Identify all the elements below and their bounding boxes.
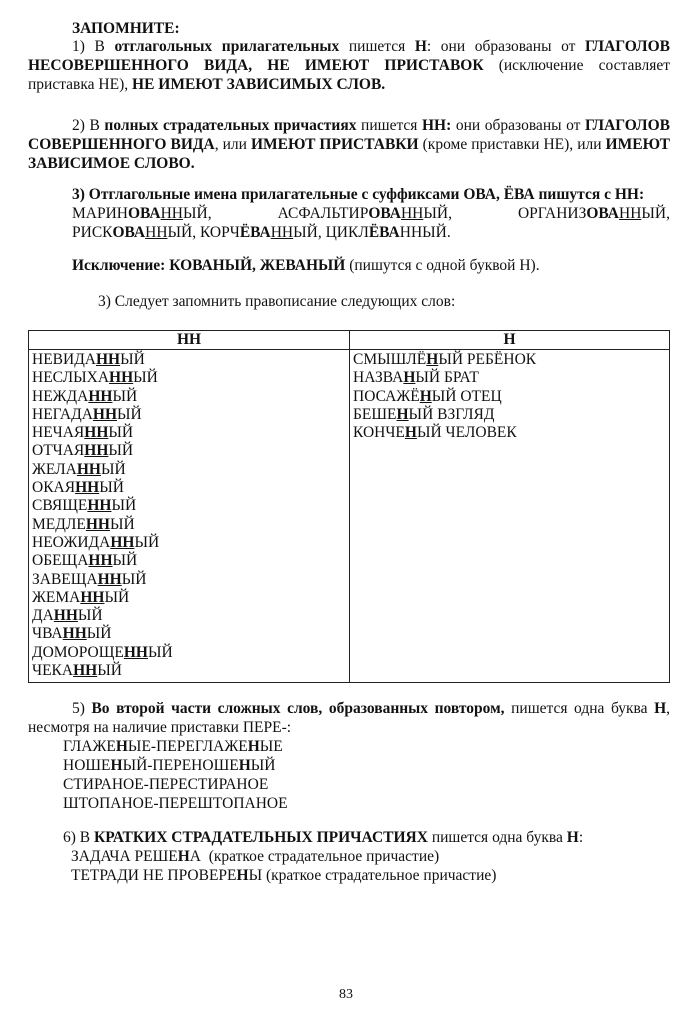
rule-2-term: полных страдательных причастиях <box>104 117 356 134</box>
rule-6-example: ТЕТРАДИ НЕ ПРОВЕРЕНЫ (краткое страдатель… <box>63 866 670 885</box>
rule-1-number: 1) В <box>72 38 114 55</box>
n-word: ПОСАЖЁНЫЙ ОТЕЦ <box>353 388 665 406</box>
rule-6-letter: Н <box>567 829 579 846</box>
nn-word: СВЯЩЕННЫЙ <box>32 497 345 515</box>
rule-6-example: ЗАДАЧА РЕШЕНА (краткое страдательное при… <box>63 847 670 866</box>
column-header-n: Н <box>350 331 670 350</box>
nn-word: ДАННЫЙ <box>32 607 345 625</box>
nn-word: ЖЕМАННЫЙ <box>32 589 345 607</box>
rule-5-examples: ГЛАЖЕНЫЕ-ПЕРЕГЛАЖЕНЫЕ НОШЕНЫЙ-ПЕРЕНОШЕНЫ… <box>28 737 670 813</box>
rule-6-statement: 6) В КРАТКИХ СТРАДАТЕЛЬНЫХ ПРИЧАСТИЯХ пи… <box>63 828 670 847</box>
rule-5-example: ГЛАЖЕНЫЕ-ПЕРЕГЛАЖЕНЫЕ <box>63 737 670 756</box>
rule-2-text: они образованы от <box>451 117 585 134</box>
rule-3-word: ОРГАНИЗОВАННЫЙ, <box>518 205 670 222</box>
page-heading: ЗАПОМНИТЕ: <box>72 19 692 38</box>
rule-3-heading: 3) Отглагольные имена прилагательные с с… <box>28 185 670 204</box>
page-number: 83 <box>0 985 692 1004</box>
spelling-table: НН Н НЕВИДАННЫЙ НЕСЛЫХАННЫЙ НЕЖДАННЫЙ НЕ… <box>28 330 670 683</box>
rule-6-text: пишется одна буква <box>428 829 567 846</box>
rule-5-text: пишется одна буква <box>505 700 655 717</box>
exception-text: (пишутся с одной буквой Н). <box>345 257 539 274</box>
rule-3-word: ЦИКЛЁВАННЫЙ. <box>326 224 451 241</box>
n-word: БЕШЕНЫЙ ВЗГЛЯД <box>353 406 665 424</box>
rule-1-condition: НЕ ИМЕЮТ ЗАВИСИМЫХ СЛОВ. <box>132 76 385 93</box>
rule-3-word: РИСКОВАННЫЙ, <box>72 224 200 241</box>
rule-3-word: КОРЧЁВАННЫЙ, <box>200 224 326 241</box>
nn-word: ЖЕЛАННЫЙ <box>32 461 345 479</box>
nn-word: ЗАВЕЩАННЫЙ <box>32 571 345 589</box>
nn-word: НЕСЛЫХАННЫЙ <box>32 369 345 387</box>
n-words-cell: СМЫШЛЁНЫЙ РЕБЁНОК НАЗВАНЫЙ БРАТ ПОСАЖЁНЫ… <box>350 350 670 683</box>
rule-3-word: АСФАЛЬТИРОВАННЫЙ, <box>278 205 518 222</box>
rule-2-paragraph: 2) В полных страдательных причастиях пиш… <box>28 116 670 173</box>
nn-word: НЕВИДАННЫЙ <box>32 351 345 369</box>
rule-2-text: , или <box>215 136 251 153</box>
nn-word: НЕЖДАННЫЙ <box>32 388 345 406</box>
column-header-nn: НН <box>29 331 350 350</box>
rule-1-text: : они образованы от <box>427 38 585 55</box>
rule-5-statement: 5) Во второй части сложных слов, образов… <box>28 699 670 737</box>
rule-5-example: ШТОПАНОЕ-ПЕРЕШТОПАНОЕ <box>63 794 670 813</box>
nn-word: НЕГАДАННЫЙ <box>32 406 345 424</box>
nn-word: ЧЕКАННЫЙ <box>32 662 345 680</box>
nn-words-cell: НЕВИДАННЫЙ НЕСЛЫХАННЫЙ НЕЖДАННЫЙ НЕГАДАН… <box>29 350 350 683</box>
rule-1-letter: Н <box>415 38 427 55</box>
rule-6-term: КРАТКИХ СТРАДАТЕЛЬНЫХ ПРИЧАСТИЯХ <box>94 829 428 846</box>
nn-word: ОКАЯННЫЙ <box>32 479 345 497</box>
rule-5-number: 5) <box>72 700 91 717</box>
nn-word: МЕДЛЕННЫЙ <box>32 516 345 534</box>
nn-word: ОБЕЩАННЫЙ <box>32 552 345 570</box>
rule-5-letter: Н <box>654 700 666 717</box>
rule-5-term: Во второй части сложных слов, образованн… <box>91 700 504 717</box>
n-word: КОНЧЕНЫЙ ЧЕЛОВЕК <box>353 424 665 442</box>
rule-2-text: (кроме приставки НЕ), или <box>419 136 606 153</box>
rule-3-word: МАРИНОВАННЫЙ, <box>72 205 278 222</box>
rule-3-word-list: МАРИНОВАННЫЙ, АСФАЛЬТИРОВАННЫЙ, ОРГАНИЗО… <box>28 204 670 242</box>
rule-6-paragraph: 6) В КРАТКИХ СТРАДАТЕЛЬНЫХ ПРИЧАСТИЯХ пи… <box>63 828 670 885</box>
rule-6-number: 6) В <box>63 829 94 846</box>
exception-label: Исключение: <box>72 257 169 274</box>
document-page: ЗАПОМНИТЕ: 1) В отглагольных прилагатель… <box>0 0 692 1024</box>
nn-word: ОТЧАЯННЫЙ <box>32 442 345 460</box>
nn-word: ЧВАННЫЙ <box>32 625 345 643</box>
rule-3b-heading: 3) Следует запомнить правописание следую… <box>98 292 692 311</box>
nn-word: НЕЧАЯННЫЙ <box>32 424 345 442</box>
rule-2-letter: НН: <box>422 117 451 134</box>
rule-1-term: отглагольных прилагательных <box>114 38 339 55</box>
rule-1-text: пишется <box>339 38 415 55</box>
n-word: СМЫШЛЁНЫЙ РЕБЁНОК <box>353 351 665 369</box>
rule-2-condition: ИМЕЮТ ПРИСТАВКИ <box>251 136 419 153</box>
rule-1-paragraph: 1) В отглагольных прилагательных пишется… <box>28 37 670 94</box>
rule-2-number: 2) В <box>72 117 104 134</box>
rule-3-paragraph: 3) Отглагольные имена прилагательные с с… <box>28 185 670 242</box>
n-word: НАЗВАНЫЙ БРАТ <box>353 369 665 387</box>
rule-2-text: пишется <box>356 117 422 134</box>
rule-5-example: НОШЕНЫЙ-ПЕРЕНОШЕНЫЙ <box>63 756 670 775</box>
rule-5-paragraph: 5) Во второй части сложных слов, образов… <box>28 699 670 813</box>
nn-word: НЕОЖИДАННЫЙ <box>32 534 345 552</box>
rule-5-example: СТИРАНОЕ-ПЕРЕСТИРАНОЕ <box>63 775 670 794</box>
rule-6-text: : <box>579 829 583 846</box>
exception-note: Исключение: КОВАНЫЙ, ЖЕВАНЫЙ (пишутся с … <box>72 256 692 275</box>
nn-word: ДОМОРОЩЕННЫЙ <box>32 644 345 662</box>
exception-words: КОВАНЫЙ, ЖЕВАНЫЙ <box>169 257 345 274</box>
